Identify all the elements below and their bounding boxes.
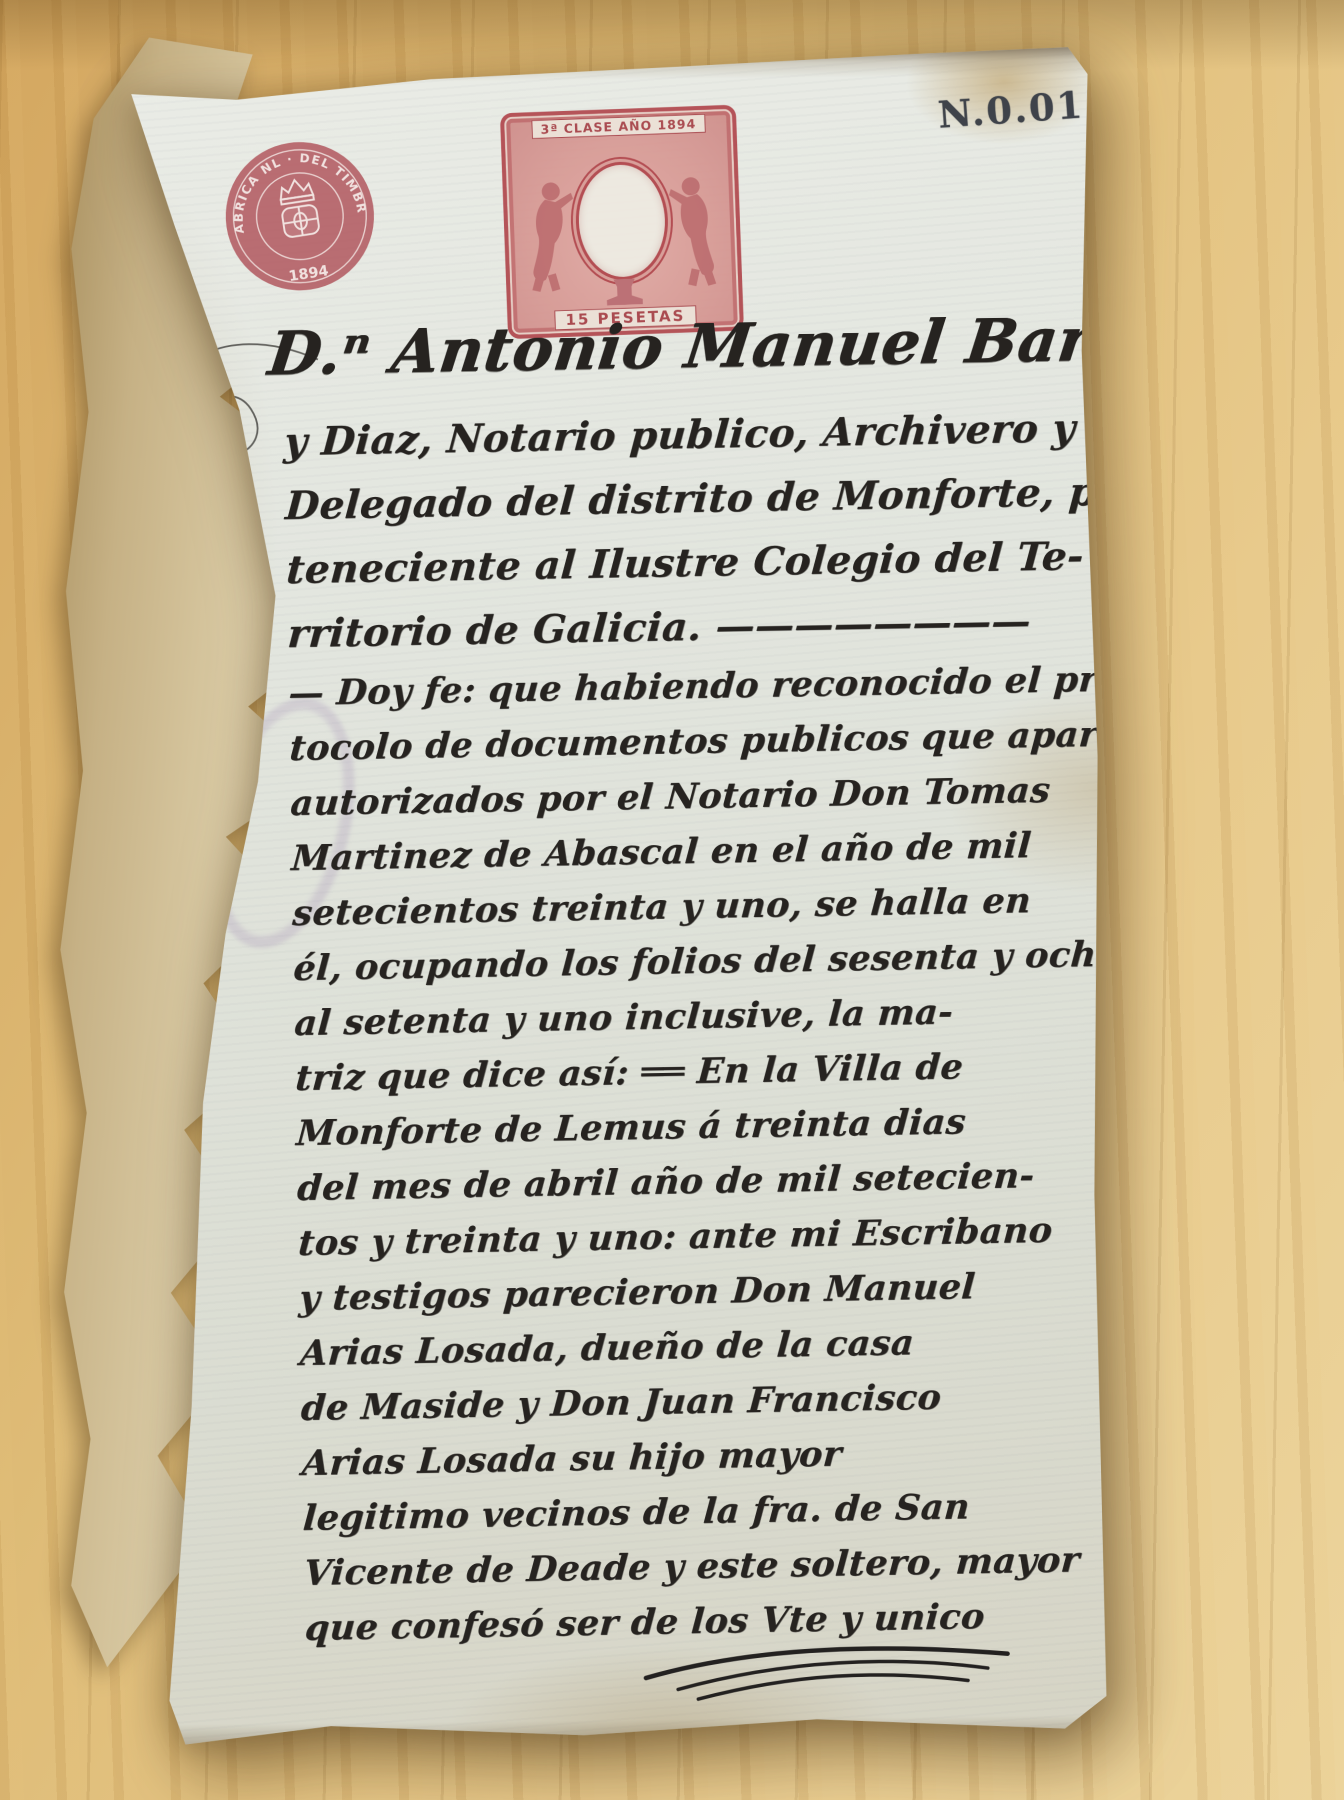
serial-number: N.0.015.614 <box>937 73 1212 136</box>
cherub-right-icon <box>666 171 731 299</box>
document-page-wrap: N.0.015.614 FABRICA NL · DEL TIMBRE <box>119 47 1109 1745</box>
cherub-left-icon <box>514 177 579 305</box>
coat-of-arms-shield-icon <box>281 204 320 238</box>
photo-of-document: { "document": { "serial_number": "N.0.01… <box>0 0 1344 1800</box>
manuscript-heading: D.ⁿ Antonio Manuel Bar= <box>262 284 1069 410</box>
document-page: N.0.015.614 FABRICA NL · DEL TIMBRE <box>119 47 1109 1745</box>
manuscript: D.ⁿ Antonio Manuel Bar= y Diaz, Notario … <box>282 285 1086 1712</box>
timbre-seal: FABRICA NL · DEL TIMBRE 1894 <box>212 129 387 304</box>
